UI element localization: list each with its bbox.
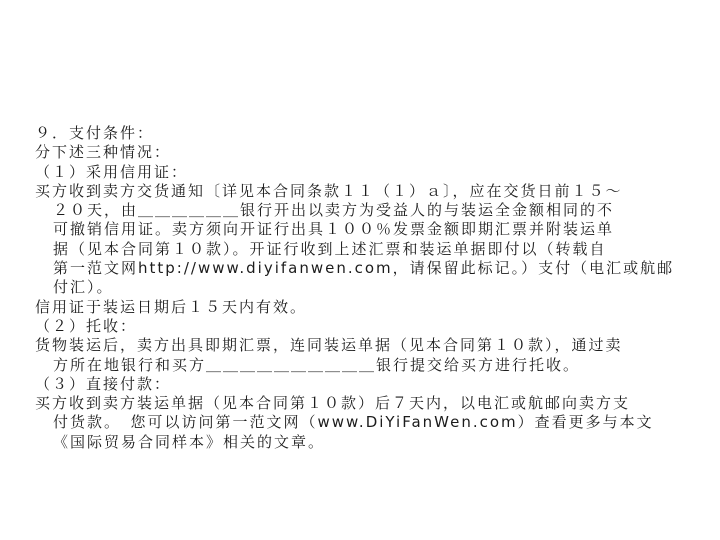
text-line: 付货款。 您可以访问第一范文网（www.DiYiFanWen.com）查看更多与… xyxy=(53,413,703,432)
text-line: 可撤销信用证。卖方须向开证行出具１００％发票金额即期汇票并附装运单 xyxy=(53,220,703,239)
text-line: 《国际贸易合同样本》相关的文章。 xyxy=(53,433,703,452)
text-line: 付汇）。 xyxy=(53,278,703,297)
text-line: 分下述三种情况： xyxy=(35,143,703,162)
text-line: ９．支付条件： xyxy=(35,124,703,143)
text-line: （３）直接付款： xyxy=(35,375,703,394)
document-page: ９．支付条件：分下述三种情况：（１）采用信用证：买方收到卖方交货通知〔详见本合同… xyxy=(0,0,720,540)
text-line: 信用证于装运日期后１５天内有效。 xyxy=(35,298,703,317)
text-line: 买方收到卖方装运单据（见本合同第１０款）后７天内，以电汇或航邮向卖方支 xyxy=(35,394,703,413)
text-line: （１）采用信用证： xyxy=(35,163,703,182)
text-line: 买方收到卖方交货通知〔详见本合同条款１１（１）ａ〕，应在交货日前１５～ xyxy=(35,182,703,201)
contract-text-block: ９．支付条件：分下述三种情况：（１）采用信用证：买方收到卖方交货通知〔详见本合同… xyxy=(35,124,703,452)
text-line: 货物装运后，卖方出具即期汇票，连同装运单据（见本合同第１０款），通过卖 xyxy=(35,336,703,355)
text-line: 第一范文网http://www.diyifanwen.com，请保留此标记。）支… xyxy=(53,259,703,278)
text-line: 据（见本合同第１０款）。开证行收到上述汇票和装运单据即付以（转载自 xyxy=(53,240,703,259)
text-line: ２０天，由＿＿＿＿＿＿银行开出以卖方为受益人的与装运全金额相同的不 xyxy=(53,201,703,220)
text-line: （２）托收： xyxy=(35,317,703,336)
text-line: 方所在地银行和买方＿＿＿＿＿＿＿＿＿＿银行提交给买方进行托收。 xyxy=(53,356,703,375)
